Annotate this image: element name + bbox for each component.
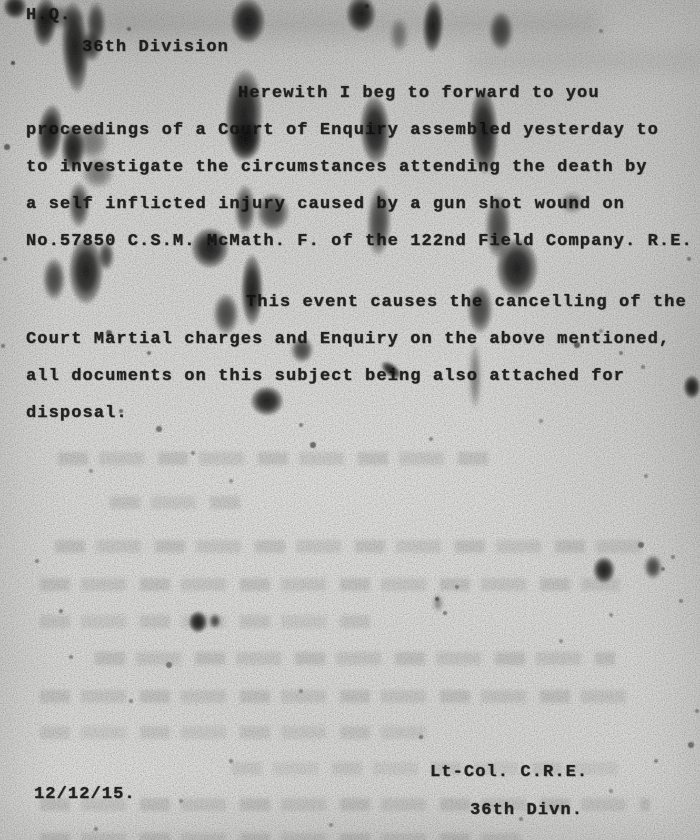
ink-blot (681, 372, 700, 402)
ink-streak (226, 0, 270, 50)
ink-blot (210, 288, 242, 340)
bleed-through-line (58, 452, 488, 465)
body-line: a self inflicted injury caused by a gun … (26, 195, 625, 214)
ink-streak (362, 176, 395, 267)
ink-speckles (0, 0, 2, 2)
ink-smudge (20, 2, 94, 32)
signature-unit: 36th Divn. (470, 801, 583, 820)
bleed-through-line (40, 690, 630, 703)
bleed-through-line (55, 540, 655, 553)
bleed-through-line (95, 652, 615, 665)
ink-blot (490, 230, 544, 306)
ink-blot (226, 112, 266, 166)
body-line: No.57850 C.S.M. McMath. F. of the 122nd … (26, 232, 693, 251)
ink-smudge (433, 592, 443, 614)
ink-blot (486, 6, 516, 56)
ink-streak (464, 278, 496, 340)
ink-streak (418, 0, 448, 61)
body-line: Herewith I beg to forward to you (238, 84, 600, 103)
ink-blot (388, 14, 410, 56)
ink-blot (246, 382, 288, 420)
signature-rank: Lt-Col. C.R.E. (430, 763, 588, 782)
ink-blot (642, 552, 664, 582)
ink-blot (252, 188, 294, 236)
signature-date: 12/12/15. (34, 785, 136, 804)
ink-smudge (78, 26, 104, 66)
ink-blot (96, 238, 116, 274)
ink-streak (238, 244, 266, 336)
body-line: to investigate the circumstances attendi… (26, 158, 648, 177)
ink-blot (590, 553, 618, 587)
bleed-through-line (40, 833, 520, 840)
body-line: Court Martial charges and Enquiry on the… (26, 330, 670, 349)
ink-blot (186, 222, 234, 274)
bleed-through-line (40, 578, 620, 591)
ink-smudge (78, 154, 118, 192)
bleed-through-line (40, 726, 440, 739)
document-page: H.Q. 36th Division Herewith I beg to for… (0, 0, 700, 840)
ink-blot (40, 252, 68, 306)
body-line: all documents on this subject being also… (26, 367, 625, 386)
ink-blot (208, 612, 222, 630)
ink-streak (468, 334, 482, 418)
body-line: disposal. (26, 404, 128, 423)
ink-smudge (558, 190, 586, 216)
ink-blot (288, 334, 316, 366)
bleed-through-line (110, 496, 245, 509)
ink-blot (186, 608, 210, 636)
body-line: proceedings of a Court of Enquiry assemb… (26, 121, 659, 140)
